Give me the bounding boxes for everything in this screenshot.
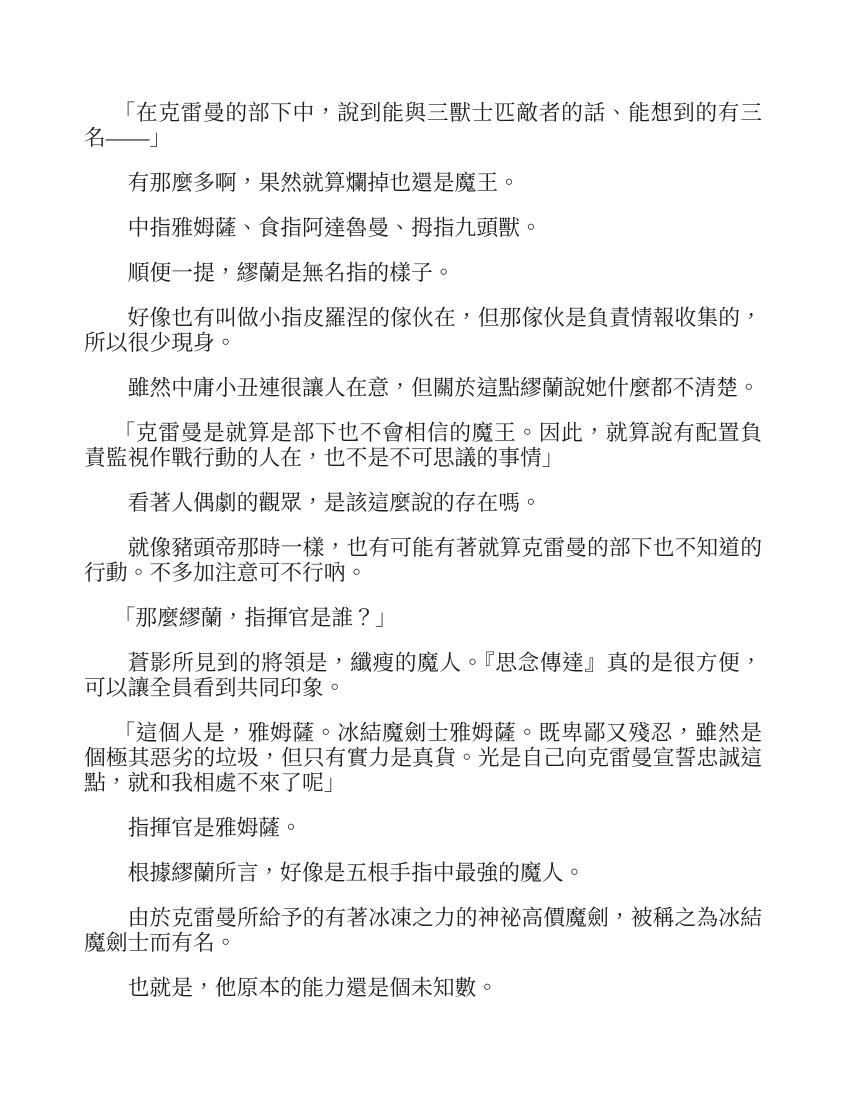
paragraph: 「克雷曼是就算是部下也不會相信的魔王。因此，就算說有配置負責監視作戰行動的人在，… xyxy=(84,421,762,471)
paragraph: 「這個人是，雅姆薩。冰結魔劍士雅姆薩。既卑鄙又殘忍，雖然是個極其惡劣的垃圾，但只… xyxy=(84,721,762,796)
paragraph: 就像豬頭帝那時一樣，也有可能有著就算克雷曼的部下也不知道的行動。不多加注意可不行… xyxy=(84,536,762,586)
paragraph: 雖然中庸小丑連很讓人在意，但關於這點繆蘭說她什麼都不清楚。 xyxy=(84,376,762,401)
paragraph: 好像也有叫做小指皮羅涅的傢伙在，但那傢伙是負責情報收集的，所以很少現身。 xyxy=(84,306,762,356)
paragraph: 「在克雷曼的部下中，說到能與三獸士匹敵者的話、能想到的有三名——」 xyxy=(84,101,762,151)
paragraph: 蒼影所見到的將領是，纖瘦的魔人。『思念傳達』真的是很方便，可以讓全員看到共同印象… xyxy=(84,651,762,701)
paragraph: 由於克雷曼所給予的有著冰凍之力的神祕高價魔劍，被稱之為冰結魔劍士而有名。 xyxy=(84,906,762,956)
document-page: 「在克雷曼的部下中，說到能與三獸士匹敵者的話、能想到的有三名——」有那麼多啊，果… xyxy=(0,0,850,1100)
paragraph: 有那麼多啊，果然就算爛掉也還是魔王。 xyxy=(84,171,762,196)
paragraph: 「那麼繆蘭，指揮官是誰？」 xyxy=(84,606,762,631)
paragraph: 看著人偶劇的觀眾，是該這麼說的存在嗎。 xyxy=(84,491,762,516)
paragraph: 根據繆蘭所言，好像是五根手指中最強的魔人。 xyxy=(84,861,762,886)
paragraph: 指揮官是雅姆薩。 xyxy=(84,816,762,841)
paragraph: 中指雅姆薩、食指阿達魯曼、拇指九頭獸。 xyxy=(84,216,762,241)
text-content: 「在克雷曼的部下中，說到能與三獸士匹敵者的話、能想到的有三名——」有那麼多啊，果… xyxy=(84,101,762,1001)
paragraph: 順便一提，繆蘭是無名指的樣子。 xyxy=(84,261,762,286)
paragraph: 也就是，他原本的能力還是個未知數。 xyxy=(84,976,762,1001)
